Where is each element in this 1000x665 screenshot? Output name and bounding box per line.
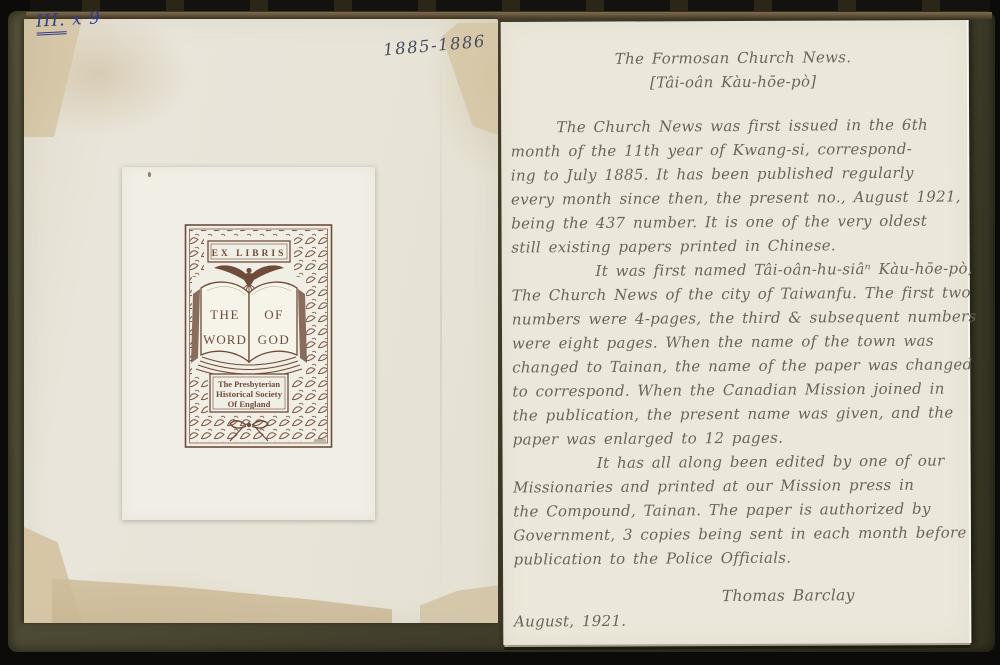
- ex-libris-label: EX LIBRIS: [212, 249, 287, 259]
- bookplate-engraving: EX LIBRIS: [122, 167, 375, 520]
- manuscript-line: the Compound, Tainan. The paper is autho…: [513, 496, 959, 523]
- engraver-mark: [314, 439, 326, 442]
- manuscript-line: to correspond. When the Canadian Mission…: [512, 376, 958, 403]
- shelfmark-roman: III.: [36, 10, 67, 36]
- manuscript-signature: Thomas Barclay: [514, 582, 960, 609]
- manuscript-title: The Formosan Church News.: [510, 44, 956, 71]
- society-name-panel: The Presbyterian Historical Society Of E…: [210, 374, 288, 412]
- book-text-the: THE: [210, 307, 240, 322]
- manuscript-line: the publication, the present name was gi…: [512, 400, 958, 427]
- manuscript-subtitle: [Tâi-oân Kàu-hōe-pò]: [510, 68, 956, 95]
- manuscript-line: every month since then, the present no.,…: [511, 184, 957, 211]
- manuscript-line: being the 437 number. It is one of the v…: [511, 208, 957, 235]
- bookplate: EX LIBRIS: [122, 167, 375, 520]
- manuscript-line: numbers were 4-pages, the third & subseq…: [512, 304, 958, 331]
- manuscript-line: still existing papers printed in Chinese…: [511, 232, 957, 259]
- ex-libris-banner: EX LIBRIS: [208, 241, 290, 262]
- shelfmark-annotation: III. x 9: [36, 8, 102, 31]
- manuscript-line: The Church News was first issued in the …: [510, 112, 956, 139]
- society-line-2: Historical Society: [216, 389, 283, 399]
- book-head-edge: [26, 12, 992, 19]
- book-text-of: OF: [264, 307, 284, 322]
- manuscript-dateline: August, 1921.: [514, 606, 960, 633]
- book-text-god: GOD: [258, 332, 291, 347]
- manuscript-line: It has all along been edited by one of o…: [513, 448, 959, 475]
- manuscript-line: month of the 11th year of Kwang-si, corr…: [511, 136, 957, 163]
- manuscript-line: ing to July 1885. It has been published …: [511, 160, 957, 187]
- ink-speck: [148, 172, 151, 177]
- shelfmark-number: x 9: [71, 8, 101, 29]
- tape-patch-bottom-right: [420, 577, 498, 623]
- tape-patch-top-left: [24, 19, 82, 137]
- book-text-word: WORD: [203, 332, 247, 347]
- book-scan: III. x 9 1885-1886: [0, 0, 1000, 665]
- society-line-1: The Presbyterian: [218, 379, 280, 389]
- tape-patch-bottom: [52, 561, 392, 623]
- manuscript: The Formosan Church News. [Tâi-oân Kàu-h…: [510, 44, 960, 633]
- page-crease: [440, 49, 442, 609]
- manuscript-line: Government, 3 copies being sent in each …: [513, 520, 959, 547]
- manuscript-line: changed to Tainan, the name of the paper…: [512, 352, 958, 379]
- manuscript-line: paper was enlarged to 12 pages.: [513, 424, 959, 451]
- society-line-3: Of England: [228, 399, 271, 409]
- manuscript-line: It was first named Tâi-oân-hu-siâⁿ Kàu-h…: [511, 256, 957, 283]
- manuscript-line: were eight pages. When the name of the t…: [512, 328, 958, 355]
- tape-patch-bottom-left: [24, 527, 82, 623]
- manuscript-line: publication to the Police Officials.: [513, 544, 959, 571]
- manuscript-line: The Church News of the city of Taiwanfu.…: [512, 280, 958, 307]
- manuscript-line: Missionaries and printed at our Mission …: [513, 472, 959, 499]
